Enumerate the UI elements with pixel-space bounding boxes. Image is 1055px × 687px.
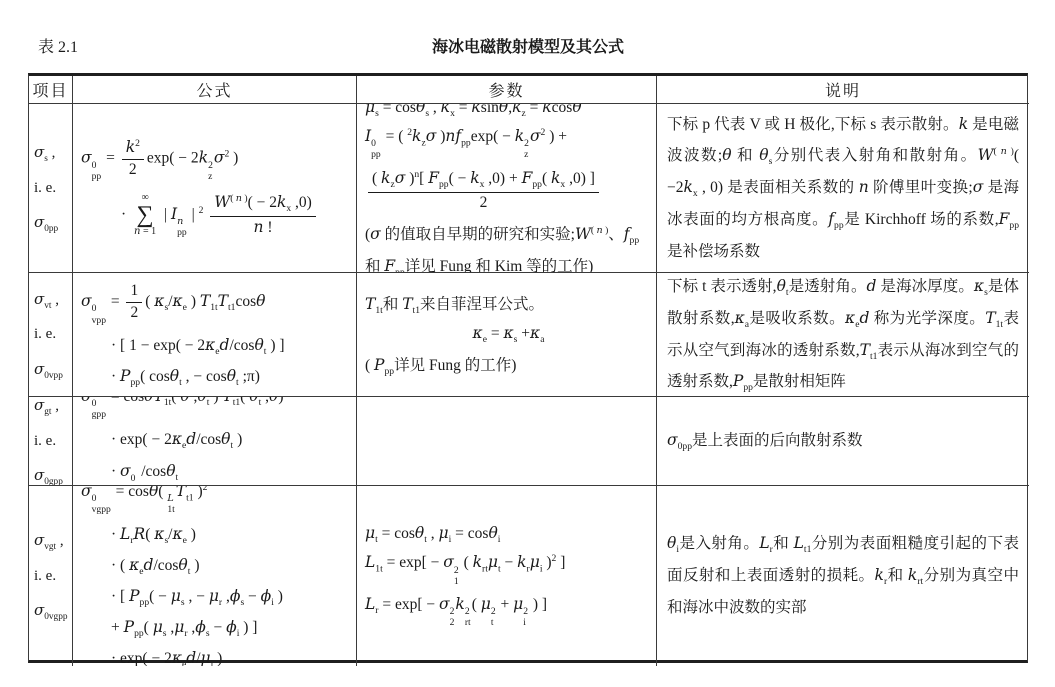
formula-cell-row3: σ0gpp = cosθT1t( θ ,θt ) Tt1( θt ,θ) · e… [73,397,357,486]
item-line: i. e. [34,424,72,459]
param-line: ( Ppp详见 Fung 的工作) [365,353,652,377]
header-params: 参数 [357,76,657,104]
param-line: (σ 的值取自早期的研究和实验;W( n )、fpp [365,222,652,246]
formula-line: σ0vpp = 12( κs/κe ) T1tTt1cosθ [81,281,356,325]
item-line: i. e. [34,317,72,352]
param-line: 和 Fpp详见 Fung 和 Kim 等的工作) [365,254,652,273]
desc-cell-row3: σ0pp是上表面的后向散射系数 [657,397,1029,486]
param-line: L1t = exp[ − σ21 ( krtμt − krμi )2 ] [365,553,652,587]
item-cell-row4: σvgt , i. e. σ0vgpp [29,486,73,666]
item-line: σ0pp [34,205,72,241]
formula-line: · σ0pp/cosθt [111,462,356,486]
formula-line: · exp( − 2κed/μi ) [111,649,356,666]
table-number-label: 表 2.1 [38,34,78,57]
param-line: μs = cosθs , kx = ksinθ,kz = kcosθ [365,104,652,119]
item-cell-row1: σs , i. e. σ0pp [29,104,73,273]
desc-text: 下标 t 表示透射,θt是透射角。d 是海冰厚度。κs是体散射系数,κa是吸收系… [667,273,1019,397]
param-line: ( kzσ )n[ Fpp( − kx ,0) + Fpp( kx ,0) ]2 [365,168,652,214]
formula-line: · exp( − 2κed/cosθt ) [111,430,356,451]
formula-line: · LrR( κs/κe ) [111,525,356,546]
item-line: σgt , [34,397,72,424]
formula-table: 项目 公式 参数 说明 σs , i. e. σ0pp σ0pp = k22ex… [28,73,1028,663]
desc-cell-row2: 下标 t 表示透射,θt是透射角。d 是海冰厚度。κs是体散射系数,κa是吸收系… [657,273,1029,397]
item-cell-row2: σvt , i. e. σ0vpp [29,273,73,397]
item-line: i. e. [34,559,72,594]
item-line: σ0vpp [34,352,72,388]
formula-line: σ0vgpp = cosθ( L1tTt1 )2 [81,486,356,515]
param-line: T1t和 Tt1来自菲涅耳公式。 [365,292,652,316]
formula-cell-row4: σ0vgpp = cosθ( L1tTt1 )2 · LrR( κs/κe ) … [73,486,357,666]
formula-line: · [ 1 − exp( − 2κed/cosθt ) ] [111,336,356,357]
desc-cell-row1: 下标 p 代表 V 或 H 极化,下标 s 表示散射。k 是电磁波波数;θ 和 … [657,104,1029,273]
item-line: σvgt , [34,523,72,559]
desc-cell-row4: θi是入射角。Lr和 Lt1分别为表面粗糙度引起的下表面反射和上表面透射的损耗。… [657,486,1029,666]
formula-line: σ0pp = k22exp( − 2k2zσ2 ) [81,137,356,182]
formula-line: σ0gpp = cosθT1t( θ ,θt ) Tt1( θt ,θ) [81,397,356,420]
item-line: σ0gpp [34,458,72,486]
param-line: κe = κs +κa [365,324,652,345]
item-line: σs , [34,135,72,171]
formula-line: · ( κed/cosθt ) [111,556,356,577]
desc-text: σ0pp是上表面的后向散射系数 [667,425,1019,457]
header-item: 项目 [29,76,73,104]
params-cell-row2: T1t和 Tt1来自菲涅耳公式。 κe = κs +κa ( Ppp详见 Fun… [357,273,657,397]
params-cell-row1: μs = cosθs , kx = ksinθ,kz = kcosθ I0pp … [357,104,657,273]
formula-line: · [ Ppp( − μs , − μr ,ϕs − ϕi ) [111,587,356,608]
table-caption: 表 2.1 海冰电磁散射模型及其公式 [28,34,1028,58]
item-line: σvt , [34,282,72,318]
params-cell-row3 [357,397,657,486]
header-formula: 公式 [73,76,357,104]
desc-text: θi是入射角。Lr和 Lt1分别为表面粗糙度引起的下表面反射和上表面透射的损耗。… [667,528,1019,623]
item-cell-row3: σgt , i. e. σ0gpp [29,397,73,486]
header-desc: 说明 [657,76,1029,104]
desc-text: 下标 p 代表 V 或 H 极化,下标 s 表示散射。k 是电磁波波数;θ 和 … [667,109,1019,268]
document-page: 表 2.1 海冰电磁散射模型及其公式 项目 公式 参数 说明 σs , i. e… [0,0,1055,687]
formula-line: · ∞∑n = 1 | Inpp | 2 W( n )( − 2kx ,0)n … [121,192,356,239]
item-line: σ0vgpp [34,593,72,629]
item-line: i. e. [34,171,72,206]
table-title: 海冰电磁散射模型及其公式 [28,34,1028,57]
param-line: μt = cosθt , μi = cosθi [365,524,652,545]
params-cell-row4: μt = cosθt , μi = cosθi L1t = exp[ − σ21… [357,486,657,666]
formula-cell-row2: σ0vpp = 12( κs/κe ) T1tTt1cosθ · [ 1 − e… [73,273,357,397]
formula-line: · Ppp( cosθt , − cosθt ;π) [111,367,356,388]
param-line: Lr = exp[ − σ22k2rt( μ2t + μ2i ) ] [365,595,652,628]
param-line: I0pp = ( 2kzσ )nfppexp( − k2zσ2 ) + [365,127,652,161]
formula-cell-row1: σ0pp = k22exp( − 2k2zσ2 ) · ∞∑n = 1 | In… [73,104,357,273]
formula-line: + Ppp( μs ,μr ,ϕs − ϕi ) ] [111,618,356,639]
